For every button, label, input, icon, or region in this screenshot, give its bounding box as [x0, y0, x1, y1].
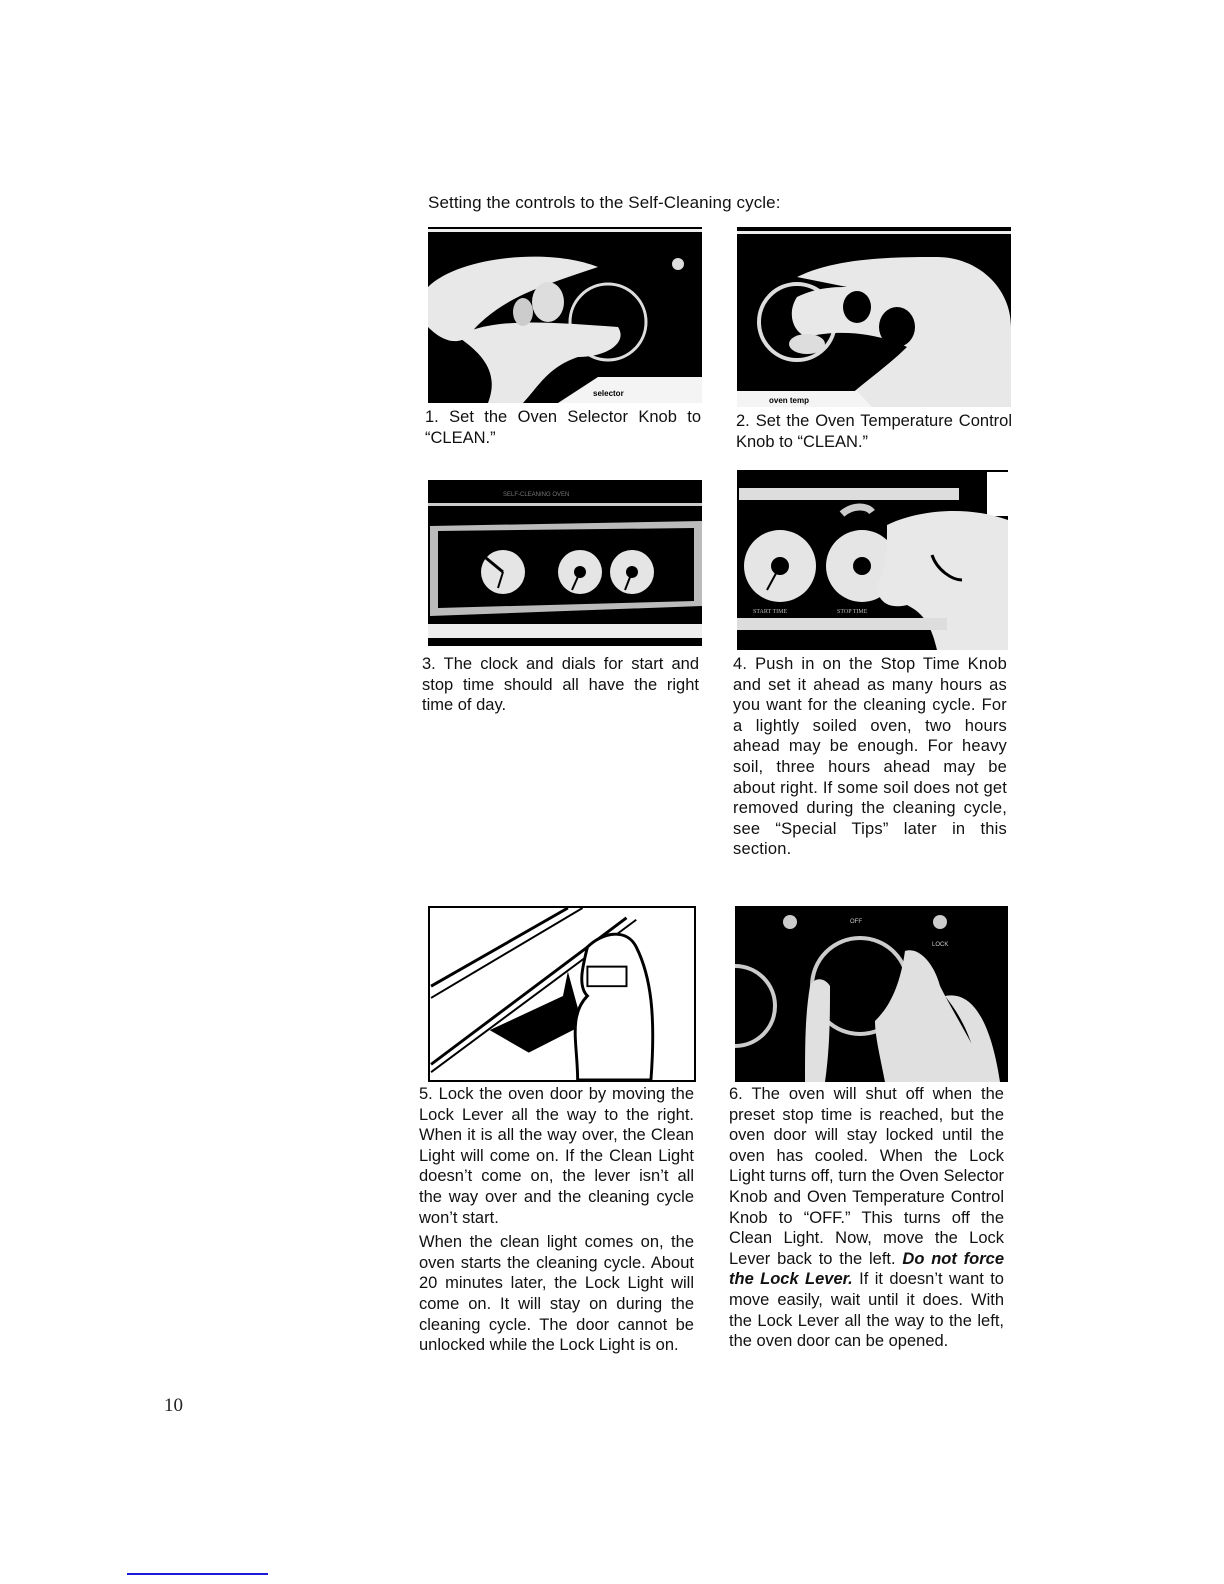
section-heading: Setting the controls to the Self-Cleanin… [428, 193, 781, 213]
step-text: The oven will shut off when the preset s… [729, 1085, 1004, 1268]
figure-off-knob: OFF LOCK [735, 906, 1008, 1082]
step-6-caption: 6. The oven will shut off when the prese… [729, 1084, 1004, 1352]
step-4-caption: 4. Push in on the Stop Time Knob and set… [733, 654, 1007, 860]
stop-time-illustration: START TIME STOP TIME [737, 470, 1008, 650]
step-text: Set the Oven Selector Knob to “CLEAN.” [425, 408, 701, 447]
stop-time-label: STOP TIME [837, 609, 868, 615]
step-5-caption: 5. Lock the oven door by moving the Lock… [419, 1084, 694, 1356]
lock-mark: LOCK [932, 942, 948, 948]
step-text: Set the Oven Temperature Control Knob to… [736, 412, 1012, 451]
start-time-label: START TIME [753, 609, 787, 615]
step-number: 4. [733, 655, 747, 673]
step-number: 3. [422, 655, 436, 673]
lock-lever-illustration [430, 908, 694, 1080]
panel-title: SELF-CLEANING OVEN [503, 492, 569, 498]
page-number: 10 [164, 1395, 183, 1417]
figure-lock-lever [428, 906, 696, 1082]
figure-label: oven temp [769, 396, 809, 405]
figure-clock-panel: SELF-CLEANING OVEN [428, 466, 702, 646]
step-1-caption: 1. Set the Oven Selector Knob to “CLEAN.… [425, 407, 701, 448]
step-text: The clock and dials for start and stop t… [422, 655, 699, 714]
step-text: Push in on the Stop Time Knob and set it… [733, 655, 1007, 858]
oven-temp-knob-illustration: oven temp [737, 227, 1011, 407]
off-knob-illustration: OFF LOCK [735, 906, 1008, 1082]
figure-oven-temp-knob: oven temp [737, 227, 1011, 407]
step-number: 6. [729, 1085, 743, 1103]
step-text: Lock the oven door by moving the Lock Le… [419, 1085, 694, 1227]
step-3-caption: 3. The clock and dials for start and sto… [422, 654, 699, 716]
step-5-followup: When the clean light comes on, the oven … [419, 1232, 694, 1356]
step-2-caption: 2. Set the Oven Temperature Control Knob… [736, 411, 1012, 452]
step-number: 5. [419, 1085, 433, 1103]
figure-selector-knob: selector [428, 227, 702, 403]
clock-panel-illustration: SELF-CLEANING OVEN [428, 466, 702, 646]
step-number: 2. [736, 412, 750, 430]
figure-stop-time-knob: START TIME STOP TIME [737, 470, 1008, 650]
footer-rule [127, 1573, 268, 1575]
step-number: 1. [425, 408, 439, 426]
figure-label: selector [593, 389, 624, 398]
off-mark: OFF [850, 919, 862, 925]
selector-knob-illustration: selector [428, 227, 702, 403]
